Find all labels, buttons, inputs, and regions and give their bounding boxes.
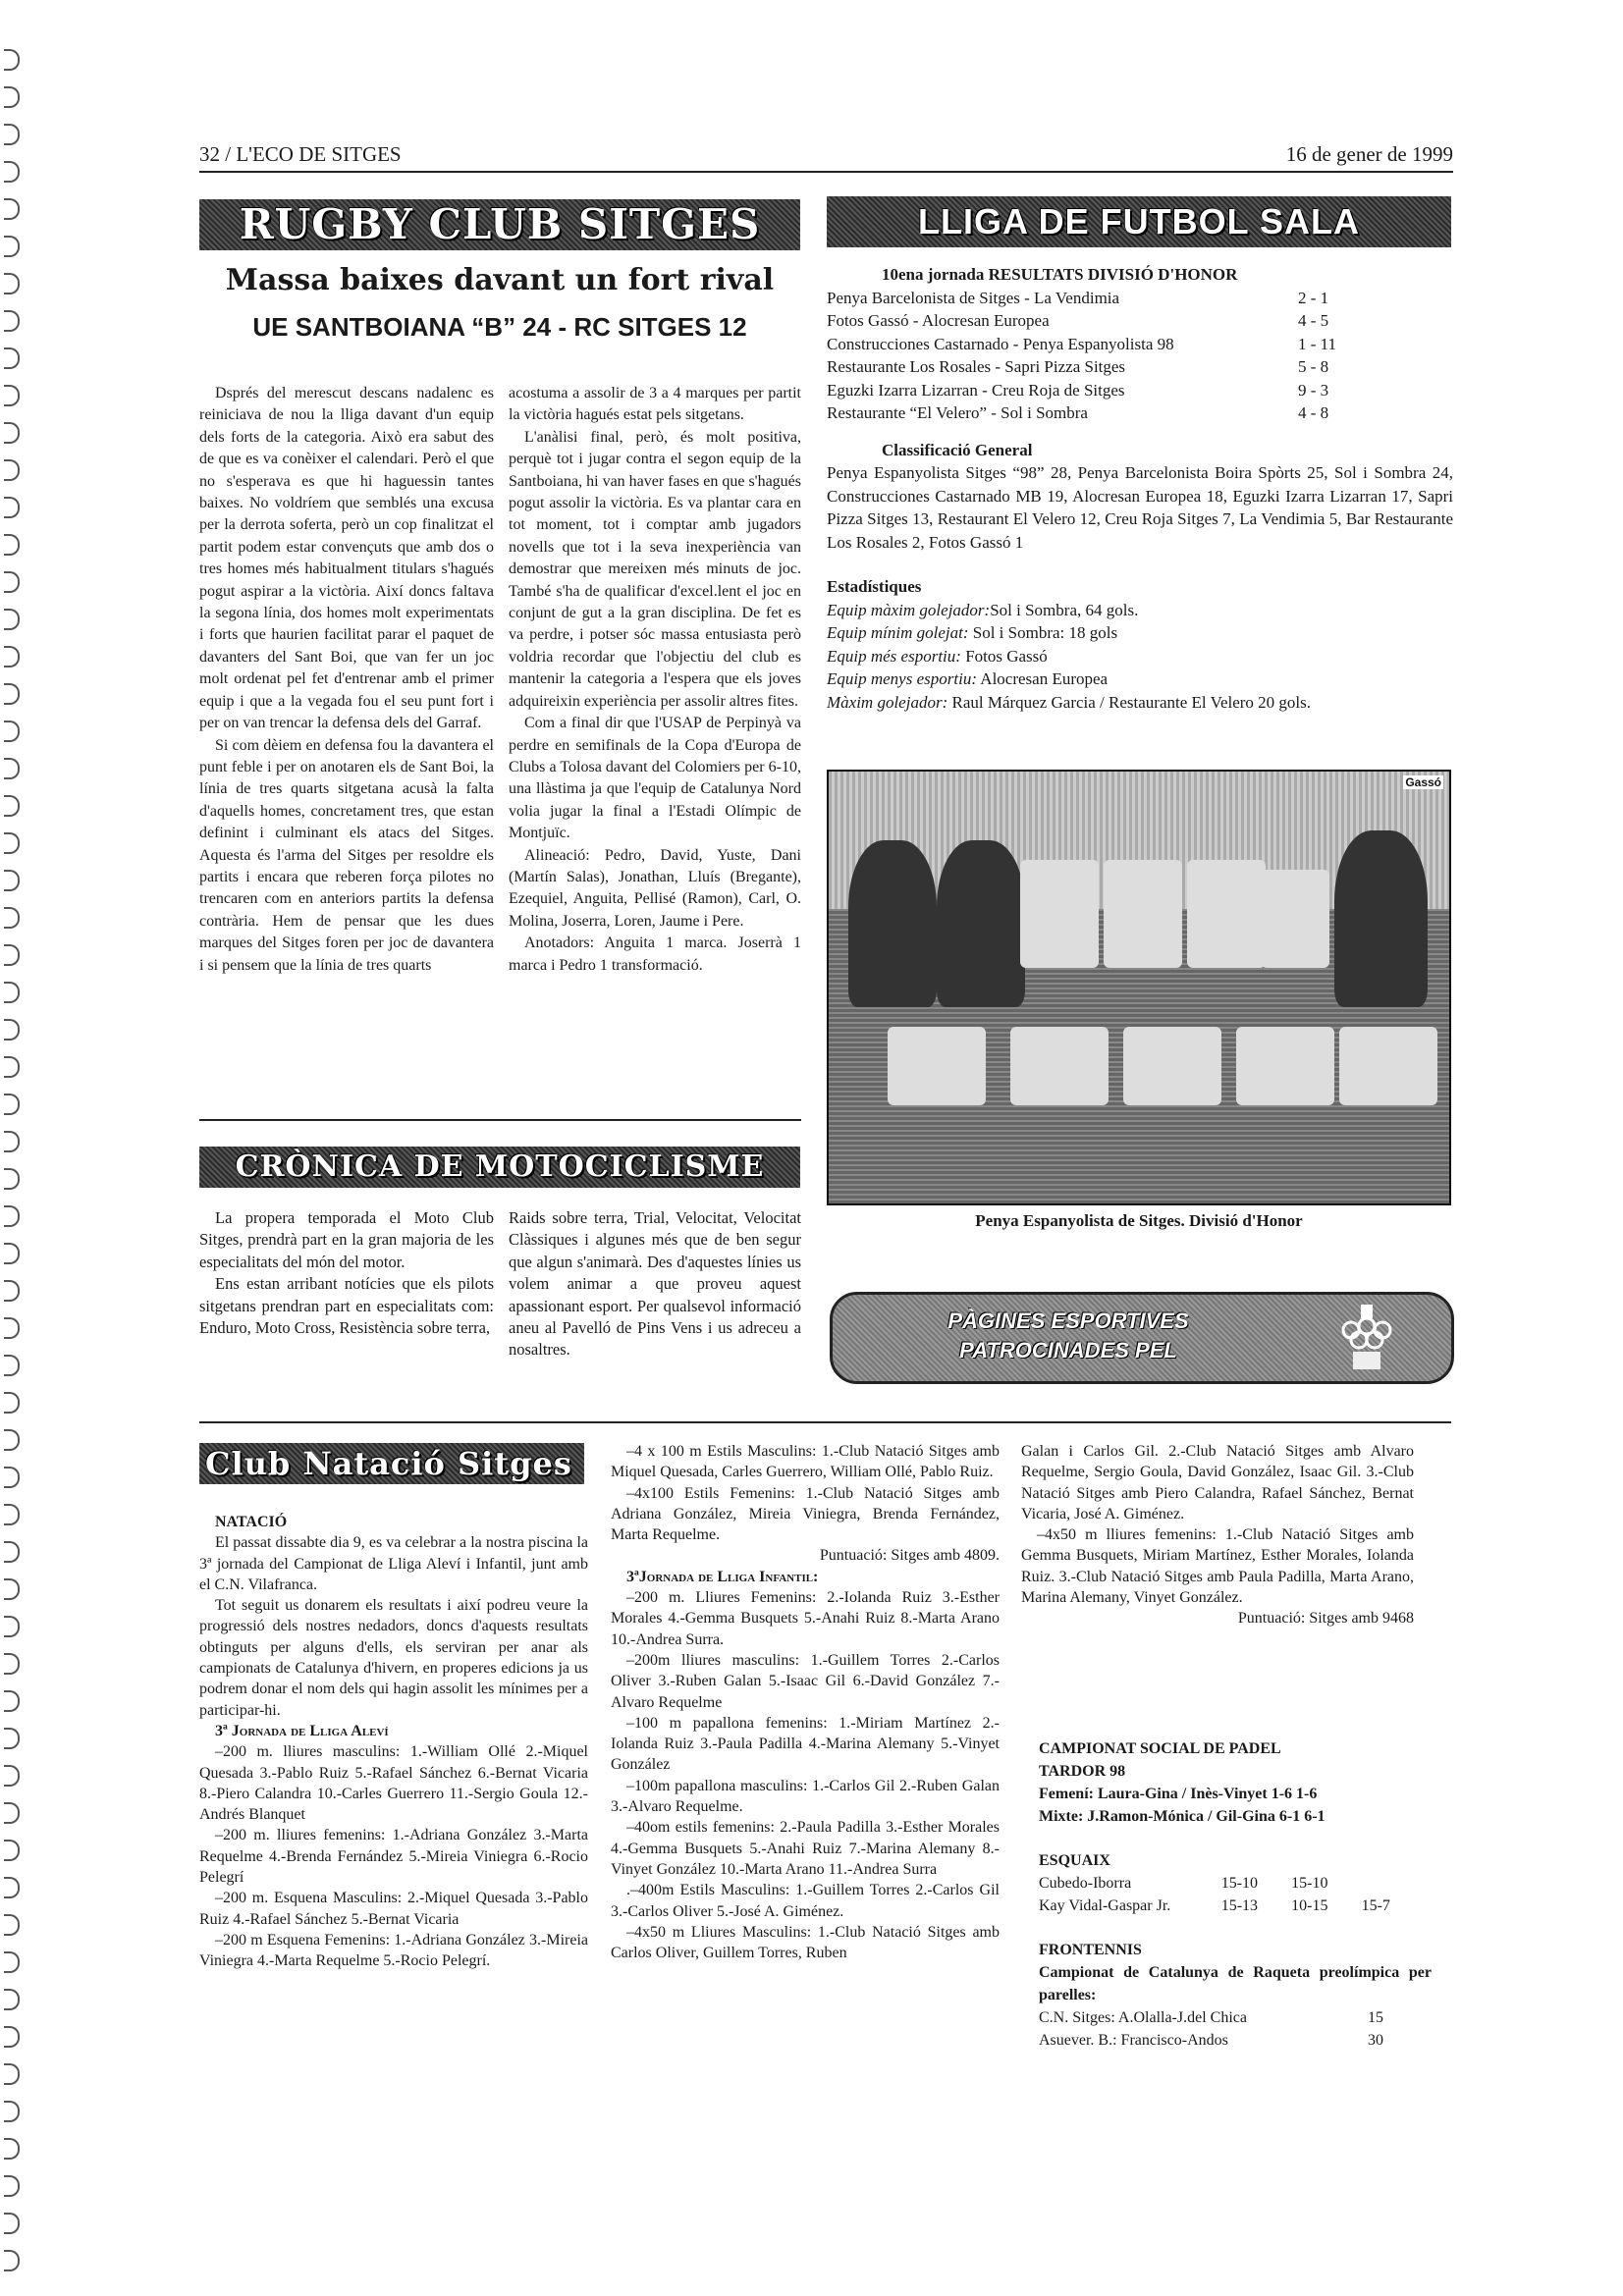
stat-line: Equip més esportiu: Fotos Gassó [827, 645, 1453, 668]
other-sports: CAMPIONAT SOCIAL DE PADEL TARDOR 98 Feme… [1039, 1737, 1432, 2052]
article-paragraph: Raids sobre terra, Trial, Velocitat, Vel… [509, 1207, 801, 1362]
rugby-column-2: acostuma a assolir de 3 a 4 marques per … [509, 383, 801, 977]
lineup-paragraph: Alineació: Pedro, David, Yuste, Dani (Ma… [509, 845, 801, 934]
result-paragraph: –200 m. lliures masculins: 1.-William Ol… [199, 1741, 588, 1825]
rugby-banner: RUGBY CLUB SITGES [199, 199, 800, 250]
photo-figure [1123, 1027, 1221, 1105]
stat-line: Equip menys esportiu: Alocresan Europea [827, 667, 1453, 691]
padel-result: Mixte: J.Ramon-Mónica / Gil-Gina 6-1 6-1 [1039, 1805, 1432, 1828]
article-paragraph: Si com dèiem en defensa fou la davantera… [199, 735, 494, 977]
result-paragraph: –100m papallona masculins: 1.-Carlos Gil… [611, 1776, 1000, 1818]
futbol-sala-banner: LLIGA DE FUTBOL SALA [827, 196, 1451, 247]
result-paragraph: Galan i Carlos Gil. 2.-Club Natació Sitg… [1021, 1441, 1414, 1524]
squash-row: Kay Vidal-Gaspar Jr.15-1310-1515-7 [1039, 1895, 1432, 1917]
photo-figure [1020, 860, 1099, 968]
photo-figure [1334, 830, 1428, 1007]
photo-figure [1010, 1027, 1109, 1105]
photo-credit: Gassó [1403, 775, 1443, 789]
photo-figure [848, 840, 937, 1007]
score-total: Puntuació: Sitges amb 9468 [1021, 1608, 1414, 1629]
natacio-column-1: NATACIÓ El passat dissabte dia 9, es va … [199, 1512, 588, 1972]
frontennis-row: C.N. Sitges: A.Olalla-J.del Chica15 [1039, 2006, 1432, 2029]
result-paragraph: –200 m. Lliures Femenins: 2.-Iolanda Rui… [611, 1587, 1000, 1650]
results-title: 10ena jornada RESULTATS DIVISIÓ D'HONOR [827, 263, 1453, 287]
result-paragraph: –4 x 100 m Estils Masculins: 1.-Club Nat… [611, 1441, 1000, 1483]
article-paragraph: Com a final dir que l'USAP de Perpinyà v… [509, 713, 801, 844]
page-header: 32 / L'ECO DE SITGES 16 de gener de 1999 [199, 137, 1453, 173]
futbol-sala-content: 10ena jornada RESULTATS DIVISIÓ D'HONOR … [827, 263, 1453, 714]
result-row: Fotos Gassó - Alocresan Europea4 - 5 [827, 309, 1453, 333]
moto-column-2: Raids sobre terra, Trial, Velocitat, Vel… [509, 1207, 801, 1362]
section-divider [199, 1421, 1451, 1423]
article-paragraph: El passat dissabte dia 9, es va celebrar… [199, 1532, 588, 1595]
frontennis-title: FRONTENNIS [1039, 1939, 1432, 1961]
section-divider [199, 1119, 801, 1121]
photo-figure [1104, 860, 1182, 968]
natacio-column-2: –4 x 100 m Estils Masculins: 1.-Club Nat… [611, 1441, 1000, 1963]
photo-figure [1236, 1027, 1334, 1105]
frontennis-subtitle: Campionat de Catalunya de Raqueta preolí… [1039, 1961, 1432, 2006]
frontennis-row: Asuever. B.: Francisco-Andos30 [1039, 2029, 1432, 2052]
classification-title: Classificació General [827, 439, 1453, 462]
stat-line: Equip mínim golejat: Sol i Sombra: 18 go… [827, 621, 1453, 645]
result-paragraph: –40om estils femenins: 2.-Paula Padilla … [611, 1817, 1000, 1880]
result-paragraph: –200 m. lliures femenins: 1.-Adriana Gon… [199, 1825, 588, 1888]
photo-figure [937, 840, 1025, 1007]
result-row: Restaurante Los Rosales - Sapri Pizza Si… [827, 355, 1453, 379]
result-paragraph: –4x100 Estils Femenins: 1.-Club Natació … [611, 1483, 1000, 1546]
article-paragraph: L'anàlisi final, però, és molt positiva,… [509, 427, 801, 713]
moto-column-1: La propera temporada el Moto Club Sitges… [199, 1207, 494, 1339]
score-total: Puntuació: Sitges amb 4809. [611, 1545, 1000, 1566]
result-paragraph: –4x50 m Lliures Masculins: 1.-Club Natac… [611, 1922, 1000, 1964]
article-paragraph: Ens estan arribant notícies que els pilo… [199, 1273, 494, 1339]
padel-title: CAMPIONAT SOCIAL DE PADEL [1039, 1737, 1432, 1760]
sponsor-box: PÀGINES ESPORTIVES PATROCINADES PEL [830, 1292, 1454, 1384]
rugby-headline: Massa baixes davant un fort rival [199, 263, 800, 297]
photo-caption: Penya Espanyolista de Sitges. Divisió d'… [827, 1211, 1451, 1231]
article-paragraph: acostuma a assolir de 3 a 4 marques per … [509, 383, 801, 427]
moto-banner: CRÒNICA DE MOTOCICLISME [199, 1147, 800, 1188]
result-row: Penya Barcelonista de Sitges - La Vendim… [827, 287, 1453, 310]
rugby-column-1: Dsprés del merescut descans nadalenc es … [199, 383, 494, 977]
result-paragraph: .–400m Estils Masculins: 1.-Guillem Torr… [611, 1880, 1000, 1922]
stats-title: Estadístiques [827, 575, 1453, 599]
result-paragraph: –4x50 m lliures femenins: 1.-Club Nataci… [1021, 1524, 1414, 1608]
photo-figure [1261, 870, 1329, 968]
article-paragraph: Dsprés del merescut descans nadalenc es … [199, 383, 494, 735]
photo-figure [888, 1027, 986, 1105]
result-paragraph: –200 m. Esquena Masculins: 2.-Miquel Que… [199, 1888, 588, 1930]
olympic-rings-logo-icon [1337, 1303, 1396, 1373]
rugby-subheadline: UE SANTBOIANA “B” 24 - RC SITGES 12 [199, 312, 800, 343]
issue-date: 16 de gener de 1999 [1286, 142, 1453, 167]
page-publication: 32 / L'ECO DE SITGES [199, 142, 402, 167]
result-paragraph: –200m lliures masculins: 1.-Guillem Torr… [611, 1650, 1000, 1713]
stat-line: Equip màxim golejador:Sol i Sombra, 64 g… [827, 599, 1453, 622]
article-paragraph: La propera temporada el Moto Club Sitges… [199, 1207, 494, 1273]
sponsor-text: PÀGINES ESPORTIVES PATROCINADES PEL [921, 1307, 1216, 1365]
result-row: Restaurante “El Velero” - Sol i Sombra4 … [827, 401, 1453, 425]
subsection-title: 3ªJornada de Lliga Infantil: [611, 1567, 1000, 1587]
team-photo: Gassó [827, 770, 1451, 1205]
result-paragraph: –200 m Esquena Femenins: 1.-Adriana Gonz… [199, 1930, 588, 1972]
padel-subtitle: TARDOR 98 [1039, 1760, 1432, 1783]
spiral-binding [0, 0, 27, 2296]
section-title: NATACIÓ [199, 1512, 588, 1532]
article-paragraph: Tot seguit us donarem els resultats i ai… [199, 1595, 588, 1721]
squash-row: Cubedo-Iborra15-1015-10 [1039, 1872, 1432, 1895]
padel-result: Femení: Laura-Gina / Inès-Vinyet 1-6 1-6 [1039, 1783, 1432, 1805]
photo-figure [1187, 860, 1266, 968]
scorers-paragraph: Anotadors: Anguita 1 marca. Joserrà 1 ma… [509, 933, 801, 977]
result-row: Eguzki Izarra Lizarran - Creu Roja de Si… [827, 379, 1453, 402]
subsection-title: 3ª Jornada de Lliga Aleví [199, 1721, 588, 1741]
natacio-column-3: Galan i Carlos Gil. 2.-Club Natació Sitg… [1021, 1441, 1414, 1629]
classification-body: Penya Espanyolista Sitges “98” 28, Penya… [827, 461, 1453, 554]
squash-title: ESQUAIX [1039, 1849, 1432, 1872]
result-row: Construcciones Castarnado - Penya Espany… [827, 333, 1453, 356]
stat-line: Màxim golejador: Raul Márquez Garcia / R… [827, 691, 1453, 715]
photo-figure [1339, 1027, 1437, 1105]
result-paragraph: –100 m papallona femenins: 1.-Miriam Mar… [611, 1713, 1000, 1776]
natacio-banner: Club Natació Sitges [199, 1443, 584, 1484]
